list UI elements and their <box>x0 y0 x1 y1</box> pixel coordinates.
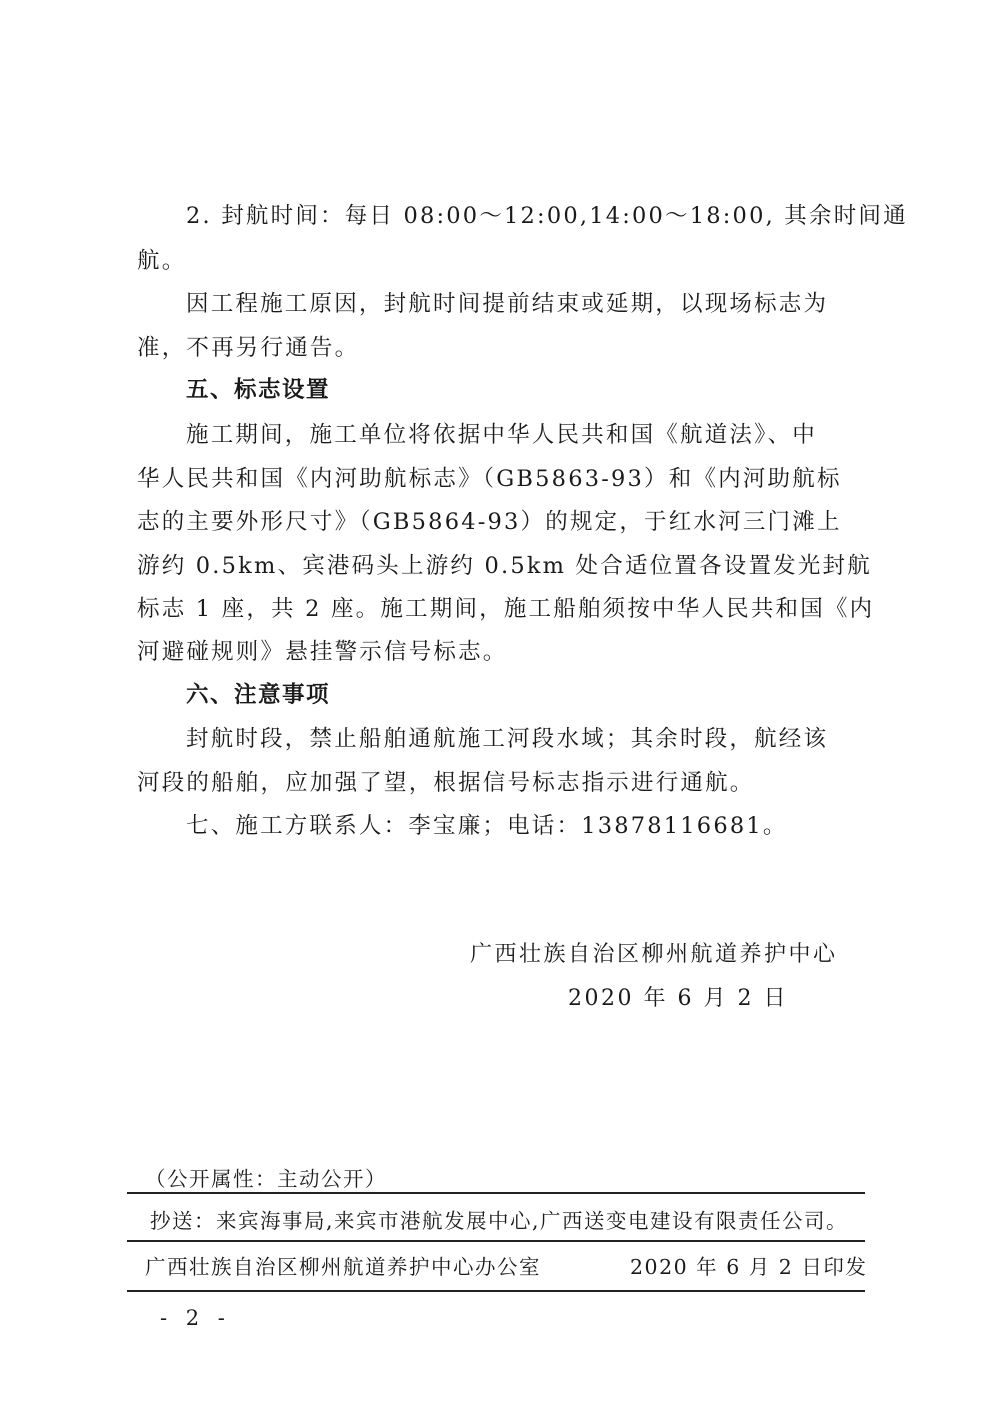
paragraph-contact: 七、施工方联系人：李宝廉；电话：13878116681。 <box>186 811 788 841</box>
issuing-office: 广西壮族自治区柳州航道养护中心办公室 <box>145 1253 541 1281</box>
divider <box>127 1240 865 1242</box>
paragraph-signage-3: 志的主要外形尺寸》（GB5864-93）的规定，于红水河三门滩上 <box>137 507 842 537</box>
paragraph-closure-time-cont: 航。 <box>137 246 186 276</box>
paragraph-notes-2: 河段的船舶，应加强了望，根据信号标志指示进行通航。 <box>137 768 755 798</box>
document-page: 2. 封航时间：每日 08:00～12:00,14:00～18:00, 其余时间… <box>0 0 1000 1415</box>
paragraph-schedule-change-cont: 准，不再另行通告。 <box>137 333 359 363</box>
section-heading-signage: 五、标志设置 <box>186 375 330 405</box>
paragraph-signage-2: 华人民共和国《内河助航标志》（GB5863-93）和《内河助航标 <box>137 464 842 494</box>
paragraph-signage-5: 标志 1 座，共 2 座。施工期间，施工船舶须按中华人民共和国《内 <box>137 594 874 624</box>
paragraph-signage-1: 施工期间，施工单位将依据中华人民共和国《航道法》、中 <box>186 420 817 450</box>
signature-date: 2020 年 6 月 2 日 <box>568 984 788 1014</box>
paragraph-closure-time: 2. 封航时间：每日 08:00～12:00,14:00～18:00, 其余时间… <box>186 201 908 231</box>
issue-date: 2020 年 6 月 2 日印发 <box>630 1253 867 1281</box>
paragraph-notes-1: 封航时段，禁止船舶通航施工河段水域；其余时段，航经该 <box>186 724 828 754</box>
paragraph-signage-6: 河避碰规则》悬挂警示信号标志。 <box>137 637 508 667</box>
paragraph-schedule-change: 因工程施工原因，封航时间提前结束或延期，以现场标志为 <box>186 289 828 319</box>
divider <box>127 1290 865 1292</box>
paragraph-signage-4: 游约 0.5km、宾港码头上游约 0.5km 处合适位置各设置发光封航 <box>137 551 872 581</box>
section-heading-notes: 六、注意事项 <box>186 680 330 710</box>
disclosure-attribute: （公开属性：主动公开） <box>145 1165 387 1193</box>
signature-organization: 广西壮族自治区柳州航道养护中心 <box>470 940 838 970</box>
cc-recipients: 抄送：来宾海事局,来宾市港航发展中心,广西送变电建设有限责任公司。 <box>150 1207 848 1235</box>
page-number: - 2 - <box>160 1306 231 1330</box>
divider <box>127 1192 865 1194</box>
